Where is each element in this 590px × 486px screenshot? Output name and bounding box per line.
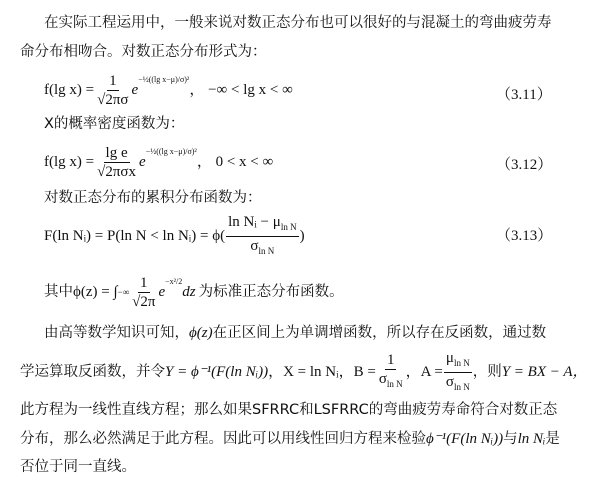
eq313-den-sub: ln N: [259, 246, 275, 256]
equation-number-3-12: （3.12）: [496, 153, 552, 174]
paragraph-5-line-2: 学运算取反函数，并令 Y = ϕ⁻¹(F(ln Nᵢ)) ，X = ln Nᵢ，…: [20, 352, 588, 392]
paragraph-5-line-4: 分布，那么必然满足于此方程。因此可以用线性回归方程来检验ϕ⁻¹(F(ln Nᵢ)…: [20, 429, 560, 448]
a-sigma: σ: [446, 374, 454, 390]
b-sigma: σ: [379, 371, 387, 387]
eq313-rhs: ): [300, 227, 305, 245]
eq313-lhs: F(ln Nᵢ) = P(ln N < ln Nᵢ) = ϕ(: [44, 227, 225, 245]
paragraph-5-line-1: 由高等数学知识可知，ϕ(z)在正区间上为单调增函数，所以存在反函数，通过数: [44, 323, 546, 342]
paragraph-1-line-1: 在实际工程运用中，一般来说对数正态分布也可以很好的与混凝土的弯曲疲劳寿: [44, 14, 552, 32]
phi-z: ϕ(z): [189, 325, 213, 341]
eq311-lhs: f(lg x) =: [44, 81, 94, 99]
eq313-fraction: ln Nᵢ − μln N σln N: [226, 213, 298, 260]
equation-3-11: f(lg x) = 1 √2πσ e−½((lg x−μ)/σ)² ， −∞ <…: [44, 70, 293, 110]
eq312-condition: ， 0 < x < ∞: [197, 153, 273, 171]
a-fraction: μln N σln N: [444, 349, 472, 396]
phi-def-fraction: 1 √2π: [130, 274, 157, 311]
phi-def-lhs: ϕ(z) = ∫: [73, 283, 118, 301]
p5-l1-a: 由高等数学知识可知，: [44, 325, 189, 341]
eq311-condition: ， −∞ < lg x < ∞: [189, 81, 292, 99]
a-lhs: ，A =: [406, 363, 443, 381]
y-def: Y = ϕ⁻¹(F(ln Nᵢ)): [165, 363, 268, 381]
eq313-den-text: σ: [250, 238, 258, 254]
paragraph-1-line-2: 命分布相吻合。对数正态分布形式为：: [20, 43, 267, 61]
eq312-numerator: lg e: [104, 144, 130, 163]
eq312-exponent: −½((lg x−μ)/σ)²: [146, 143, 197, 161]
a-mu: μ: [446, 350, 454, 366]
phi-def-lower: −∞: [118, 283, 130, 301]
a-num-sub: ln N: [454, 358, 470, 368]
paragraph-4: 其中 ϕ(z) = ∫ −∞ 1 √2π e−x²/2 dz 为标准正态分布函数…: [44, 273, 344, 311]
x-def: ，X = ln Nᵢ，B =: [268, 363, 376, 381]
eq313-num-text: ln Nᵢ − μ: [228, 214, 281, 230]
b-den: σln N: [377, 370, 405, 393]
eq311-fraction: 1 √2πσ: [95, 72, 130, 109]
p4-suffix: 为标准正态分布函数。: [199, 283, 344, 301]
b-num: 1: [385, 351, 397, 370]
paragraph-3: 对数正态分布的累积分布函数为：: [44, 189, 262, 207]
eq311-exponent: −½((lg x−μ)/σ)²: [138, 71, 189, 89]
eq311-numerator: 1: [107, 72, 119, 91]
equation-number-3-13: （3.13）: [496, 224, 552, 245]
phi-def-num: 1: [138, 274, 150, 293]
p4-prefix: 其中: [44, 283, 73, 301]
check-expr: ϕ⁻¹(F(ln Nᵢ)): [426, 431, 503, 447]
phi-def-exp: −x²/2: [165, 273, 182, 291]
a-den-sub: ln N: [454, 382, 470, 392]
p5-l4-a: 分布，那么必然满足于此方程。因此可以用线性回归方程来检验: [20, 431, 426, 447]
p5-l2-b: ，则: [473, 363, 502, 381]
eq313-numerator: ln Nᵢ − μln N: [226, 213, 298, 237]
p5-l1-b: 在正区间上为单调增函数，所以存在反函数，通过数: [213, 325, 547, 341]
eq313-num-sub: ln N: [281, 222, 297, 232]
paragraph-5-line-3: 此方程为一线性直线方程；那么如果SFRRC和LSFRRC的弯曲疲劳寿命符合对数正…: [20, 401, 557, 419]
p5-l4-b: 与: [503, 431, 518, 447]
paragraph-5-line-5: 否位于同一直线。: [20, 458, 136, 476]
y-eq: Y = BX − A，: [502, 363, 588, 381]
phi-def-dz: dz: [182, 283, 195, 301]
equation-3-12: f(lg x) = lg e √2πσx e−½((lg x−μ)/σ)² ， …: [44, 142, 273, 182]
equation-number-3-11: （3.11）: [496, 83, 552, 104]
eq313-denominator: σln N: [248, 237, 276, 260]
a-den: σln N: [444, 373, 472, 396]
ln-ni: ln Nᵢ: [518, 431, 546, 447]
p5-l2-a: 学运算取反函数，并令: [20, 363, 165, 381]
b-sub: ln N: [387, 379, 403, 389]
paragraph-2: X的概率密度函数为：: [44, 115, 184, 133]
p5-l4-c: 是: [545, 431, 560, 447]
b-fraction: 1 σln N: [377, 351, 405, 393]
equation-3-13: F(ln Nᵢ) = P(ln N < ln Nᵢ) = ϕ( ln Nᵢ − …: [44, 214, 305, 258]
eq311-denominator: √2πσ: [95, 91, 130, 109]
eq312-denominator: √2πσx: [95, 163, 138, 181]
a-num: μln N: [444, 349, 472, 373]
eq312-lhs: f(lg x) =: [44, 153, 94, 171]
phi-def-den: √2π: [130, 293, 157, 311]
eq312-fraction: lg e √2πσx: [95, 144, 138, 181]
